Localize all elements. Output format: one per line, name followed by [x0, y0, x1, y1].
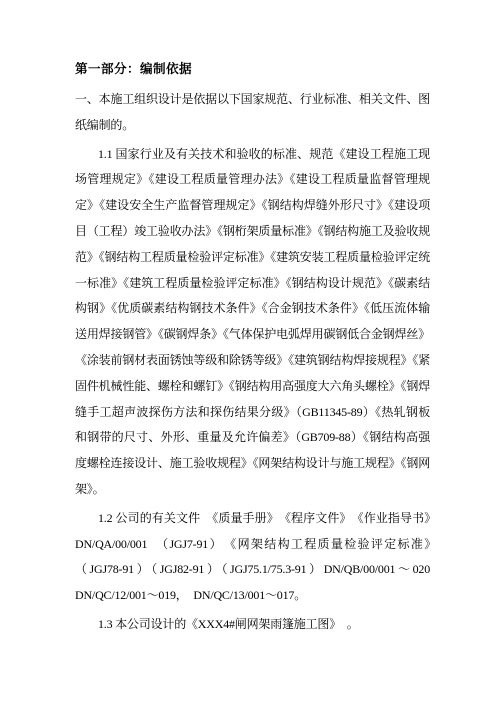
paragraph-clause-1-1: 1.1 国家行业及有关技术和验收的标准、规范《建设工程施工现场管理规定》《建设工…	[75, 142, 430, 503]
paragraph-clause-1-3: 1.3 本公司设计的《XXX4#闸网架雨篷施工图》 。	[75, 612, 430, 638]
document-page: 第一部分：编制依据 一、本施工组织设计是依据以下国家规范、行业标准、相关文件、图…	[0, 0, 500, 707]
section-heading: 第一部分：编制依据	[75, 61, 430, 78]
paragraph-intro: 一、本施工组织设计是依据以下国家规范、行业标准、相关文件、图纸编制的。	[75, 87, 430, 139]
paragraph-clause-1-2: 1.2 公司的有关文件 《质量手册》 《程序文件》 《作业指导书》 DN/QA/…	[75, 506, 430, 609]
